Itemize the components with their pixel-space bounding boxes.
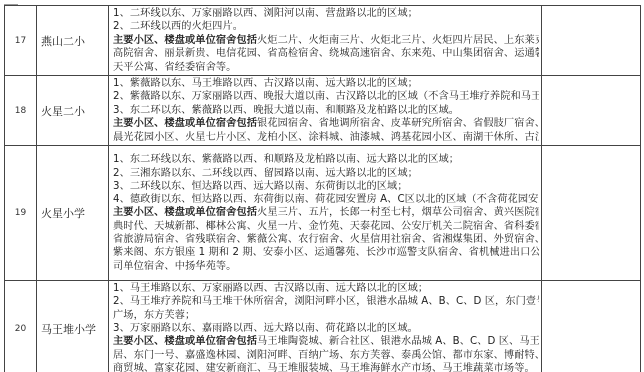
row-number: 19 <box>5 146 37 281</box>
table-row: 17 燕山二小 1、二环线以东、万家丽路以西、浏阳河以南、营盘路以北的区域； 2… <box>5 6 641 76</box>
area-line: 主要小区、楼盘或单位宿舍包括银花园宿舍、省地调所宿舍、皮革研究所宿舍、省假肢厂宿… <box>113 117 539 130</box>
area-text: 马王堆陶瓷城、新合社区、银港水晶城 A、B、C、D 区、马王堆疗养院宿舍、古汉名 <box>257 336 539 347</box>
school-name: 燕山二小 <box>37 6 109 76</box>
remarks-cell <box>542 76 641 146</box>
area-line: 2、二环线以西的火炬四片。 <box>113 20 539 33</box>
table-row: 18 火星二小 1、紫薇路以东、马王堆路以西、古汉路以南、远大路以北的区域； 2… <box>5 76 641 146</box>
area-line: 主要小区、楼盘或单位宿舍包括马王堆陶瓷城、新合社区、银港水晶城 A、B、C、D … <box>113 335 539 348</box>
area-line: 主要小区、楼盘或单位宿舍包括火星三片、五片，长郎一村至七村，烟草公司宿舍、黄兴医… <box>113 206 539 219</box>
area-text: 银花园宿舍、省地调所宿舍、皮革研究所宿舍、省假肢厂宿舍、卫生防疫站宿舍、 <box>257 118 539 129</box>
area-line: 晨光花园小区、火星七片小区、龙柏小区、涂料城、油漆城、鸿基花园小区、南湖干休所、… <box>113 131 539 144</box>
area-line: 2、三湘东路以东、二环线以西、留园路以南、远大路以北的区域； <box>113 167 539 180</box>
area-line: 典时代、天城新都、椰林公寓、火星一片、金竹苑、天泰花园、公安厅机关二院宿舍、省科… <box>113 220 539 233</box>
enrollment-area: 1、紫薇路以东、马王堆路以西、古汉路以南、远大路以北的区域； 2、紫薇路以东、万… <box>109 76 542 146</box>
main-complexes-label: 主要小区、楼盘或单位宿舍包括 <box>113 118 257 129</box>
area-line: 天平公寓、省经委宿舍等。 <box>113 61 539 74</box>
area-line: 3、万家丽路以东、嘉雨路以西、远大路以南、荷花路以北的区域。 <box>113 322 539 335</box>
remarks-cell <box>542 146 641 281</box>
enrollment-area: 1、二环线以东、万家丽路以西、浏阳河以南、营盘路以北的区域； 2、二环线以西的火… <box>109 6 542 76</box>
area-text: 火炬二片、火炬南三片、火炬北三片、火炬四片居民、上东莱克辛顿、芙馨苑、省 <box>257 35 539 46</box>
area-line: 2、马王堆疗养院和马王堆干休所宿舍，浏阳河畔小区，银港水晶城 A、B、C、D 区… <box>113 295 539 308</box>
area-line: 1、紫薇路以东、马王堆路以西、古汉路以南、远大路以北的区域； <box>113 77 539 90</box>
area-line: 高院宿舍、丽景新贵、电信花园、省高检宿舍、绕城高速宿舍、东来苑、中山集团宿舍、运… <box>113 47 539 60</box>
table-row: 19 火星小学 1、东二环线以东、紫薇路以西、和顺路及龙柏路以南、远大路以北的区… <box>5 146 641 281</box>
school-name: 马王堆小学 <box>37 281 109 372</box>
area-line: 2、紫薇路以东、万家丽路以西、晚报大道以南、古汉路以北的区域（不含马王堆疗养院和… <box>113 90 539 103</box>
row-number: 17 <box>5 6 37 76</box>
area-line: 3、东二环以东、紫薇路以西、晚报大道以南、和顺路及龙柏路以北的区域。 <box>113 104 539 117</box>
enrollment-area: 1、东二环线以东、紫薇路以西、和顺路及龙柏路以南、远大路以北的区域； 2、三湘东… <box>109 146 542 281</box>
area-line: 司单位宿舍、中扬华苑等。 <box>113 260 539 273</box>
area-line: 1、马王堆路以东、万家丽路以西、古汉路以南、远大路以北的区域； <box>113 282 539 295</box>
area-line: 3、二环线以东、恒达路以西、远大路以南、东荷街以北的区域； <box>113 180 539 193</box>
main-complexes-label: 主要小区、楼盘或单位宿舍包括 <box>113 207 257 218</box>
row-number: 20 <box>5 281 37 372</box>
area-line: 1、东二环线以东、紫薇路以西、和顺路及龙柏路以南、远大路以北的区域； <box>113 153 539 166</box>
area-line: 1、二环线以东、万家丽路以西、浏阳河以南、营盘路以北的区域； <box>113 7 539 20</box>
enrollment-area: 1、马王堆路以东、万家丽路以西、古汉路以南、远大路以北的区域； 2、马王堆疗养院… <box>109 281 542 372</box>
area-line: 居、东门一号、嘉盛逸林园、浏阳河畔、百纳广场、东方芙蓉、泰禹公馆、都市东家、博耐… <box>113 349 539 362</box>
area-line: 4、德政街以东、恒达路以西、东荷街以南、荷花园安置房 A、C区以北的区域（不含荷… <box>113 193 539 206</box>
area-text: 火星三片、五片，长郎一村至七村，烟草公司宿舍、黄兴医院宿舍、海招宿舍、星 <box>257 207 539 218</box>
remarks-cell <box>542 6 641 76</box>
remarks-cell <box>542 281 641 372</box>
main-complexes-label: 主要小区、楼盘或单位宿舍包括 <box>113 35 257 46</box>
row-number: 18 <box>5 76 37 146</box>
school-name: 火星二小 <box>37 76 109 146</box>
table-row: 20 马王堆小学 1、马王堆路以东、万家丽路以西、古汉路以南、远大路以北的区域；… <box>5 281 641 372</box>
school-name: 火星小学 <box>37 146 109 281</box>
area-line: 紫来阁、东方银座 1 期和 2 期、安泰小区、运通馨苑、长沙市巡警支队宿舍、省机… <box>113 246 539 259</box>
area-line: 广场，东方芙蓉； <box>113 309 539 322</box>
school-district-table: 17 燕山二小 1、二环线以东、万家丽路以西、浏阳河以南、营盘路以北的区域； 2… <box>4 5 641 372</box>
area-line: 主要小区、楼盘或单位宿舍包括火炬二片、火炬南三片、火炬北三片、火炬四片居民、上东… <box>113 34 539 47</box>
main-complexes-label: 主要小区、楼盘或单位宿舍包括 <box>113 336 257 347</box>
area-line: 商贸城、富家花园、建安新商汇、马王堆服装城、马王堆海鲜水产市场、马王堆蔬菜市场等… <box>113 362 539 372</box>
area-line: 省旅游局宿舍、省残联宿舍、紫薇公寓、农行宿舍、火星信用社宿舍、省湘煤集团、外贸宿… <box>113 233 539 246</box>
